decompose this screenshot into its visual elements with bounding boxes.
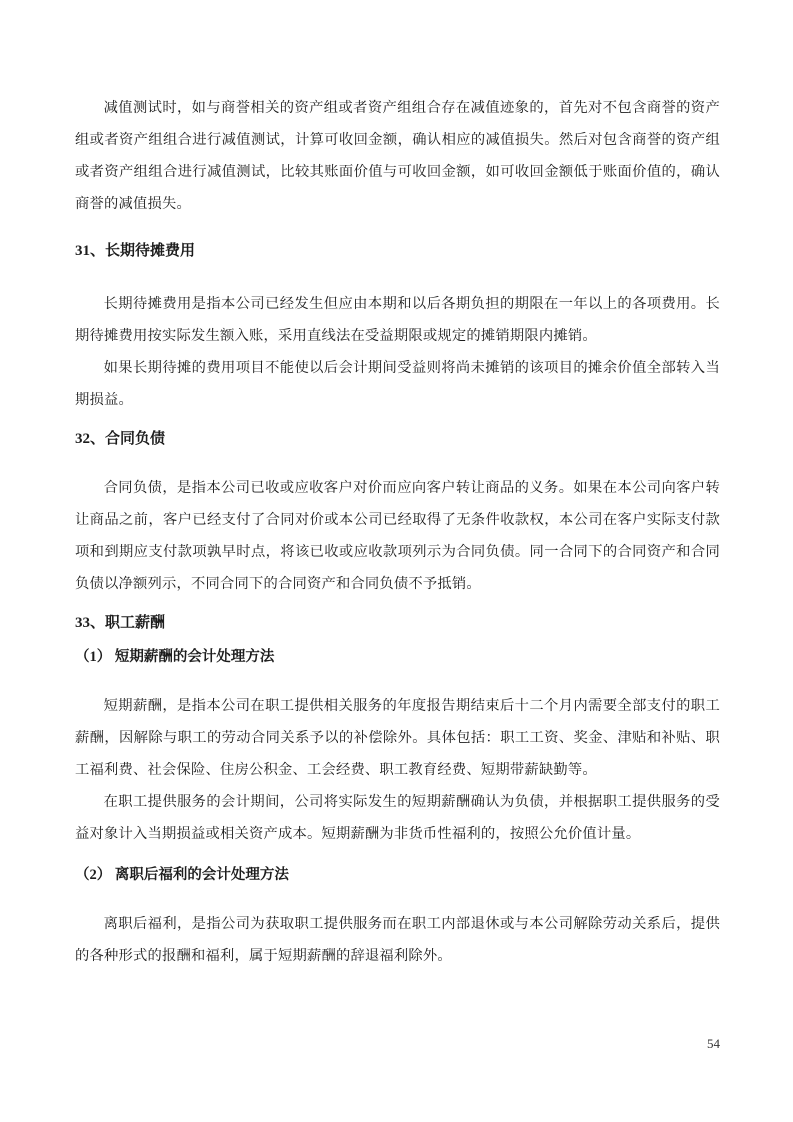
paragraph-long-term-deferred-expenses-definition: 长期待摊费用是指本公司已经发生但应由本期和以后各期负担的期限在一年以上的各项费用… (75, 288, 720, 352)
document-body: 减值测试时，如与商誉相关的资产组或者资产组组合存在减值迹象的，首先对不包含商誉的… (0, 0, 793, 972)
page-number: 54 (707, 1036, 720, 1052)
paragraph-post-employment-benefits-definition: 离职后福利，是指公司为获取职工提供服务而在职工内部退休或与本公司解除劳动关系后，… (75, 908, 720, 972)
subheading-1-short-term-compensation-accounting: （1） 短期薪酬的会计处理方法 (75, 646, 720, 668)
heading-33-employee-compensation: 33、职工薪酬 (75, 612, 720, 634)
paragraph-short-term-compensation-definition: 短期薪酬，是指本公司在职工提供相关服务的年度报告期结束后十二个月内需要全部支付的… (75, 690, 720, 786)
heading-32-contract-liabilities: 32、合同负债 (75, 428, 720, 450)
subheading-2-post-employment-benefits-accounting: （2） 离职后福利的会计处理方法 (75, 864, 720, 886)
paragraph-contract-liabilities-definition: 合同负债，是指本公司已收或应收客户对价而应向客户转让商品的义务。如果在本公司向客… (75, 472, 720, 600)
paragraph-short-term-compensation-recognition: 在职工提供服务的会计期间，公司将实际发生的短期薪酬确认为负债，并根据职工提供服务… (75, 786, 720, 850)
paragraph-long-term-deferred-expenses-writeoff: 如果长期待摊的费用项目不能使以后会计期间受益则将尚未摊销的该项目的摊余价值全部转… (75, 352, 720, 416)
document-page: 减值测试时，如与商誉相关的资产组或者资产组组合存在减值迹象的，首先对不包含商誉的… (0, 0, 793, 1122)
paragraph-goodwill-impairment-test: 减值测试时，如与商誉相关的资产组或者资产组组合存在减值迹象的，首先对不包含商誉的… (75, 92, 720, 220)
heading-31-long-term-deferred-expenses: 31、长期待摊费用 (75, 240, 720, 262)
